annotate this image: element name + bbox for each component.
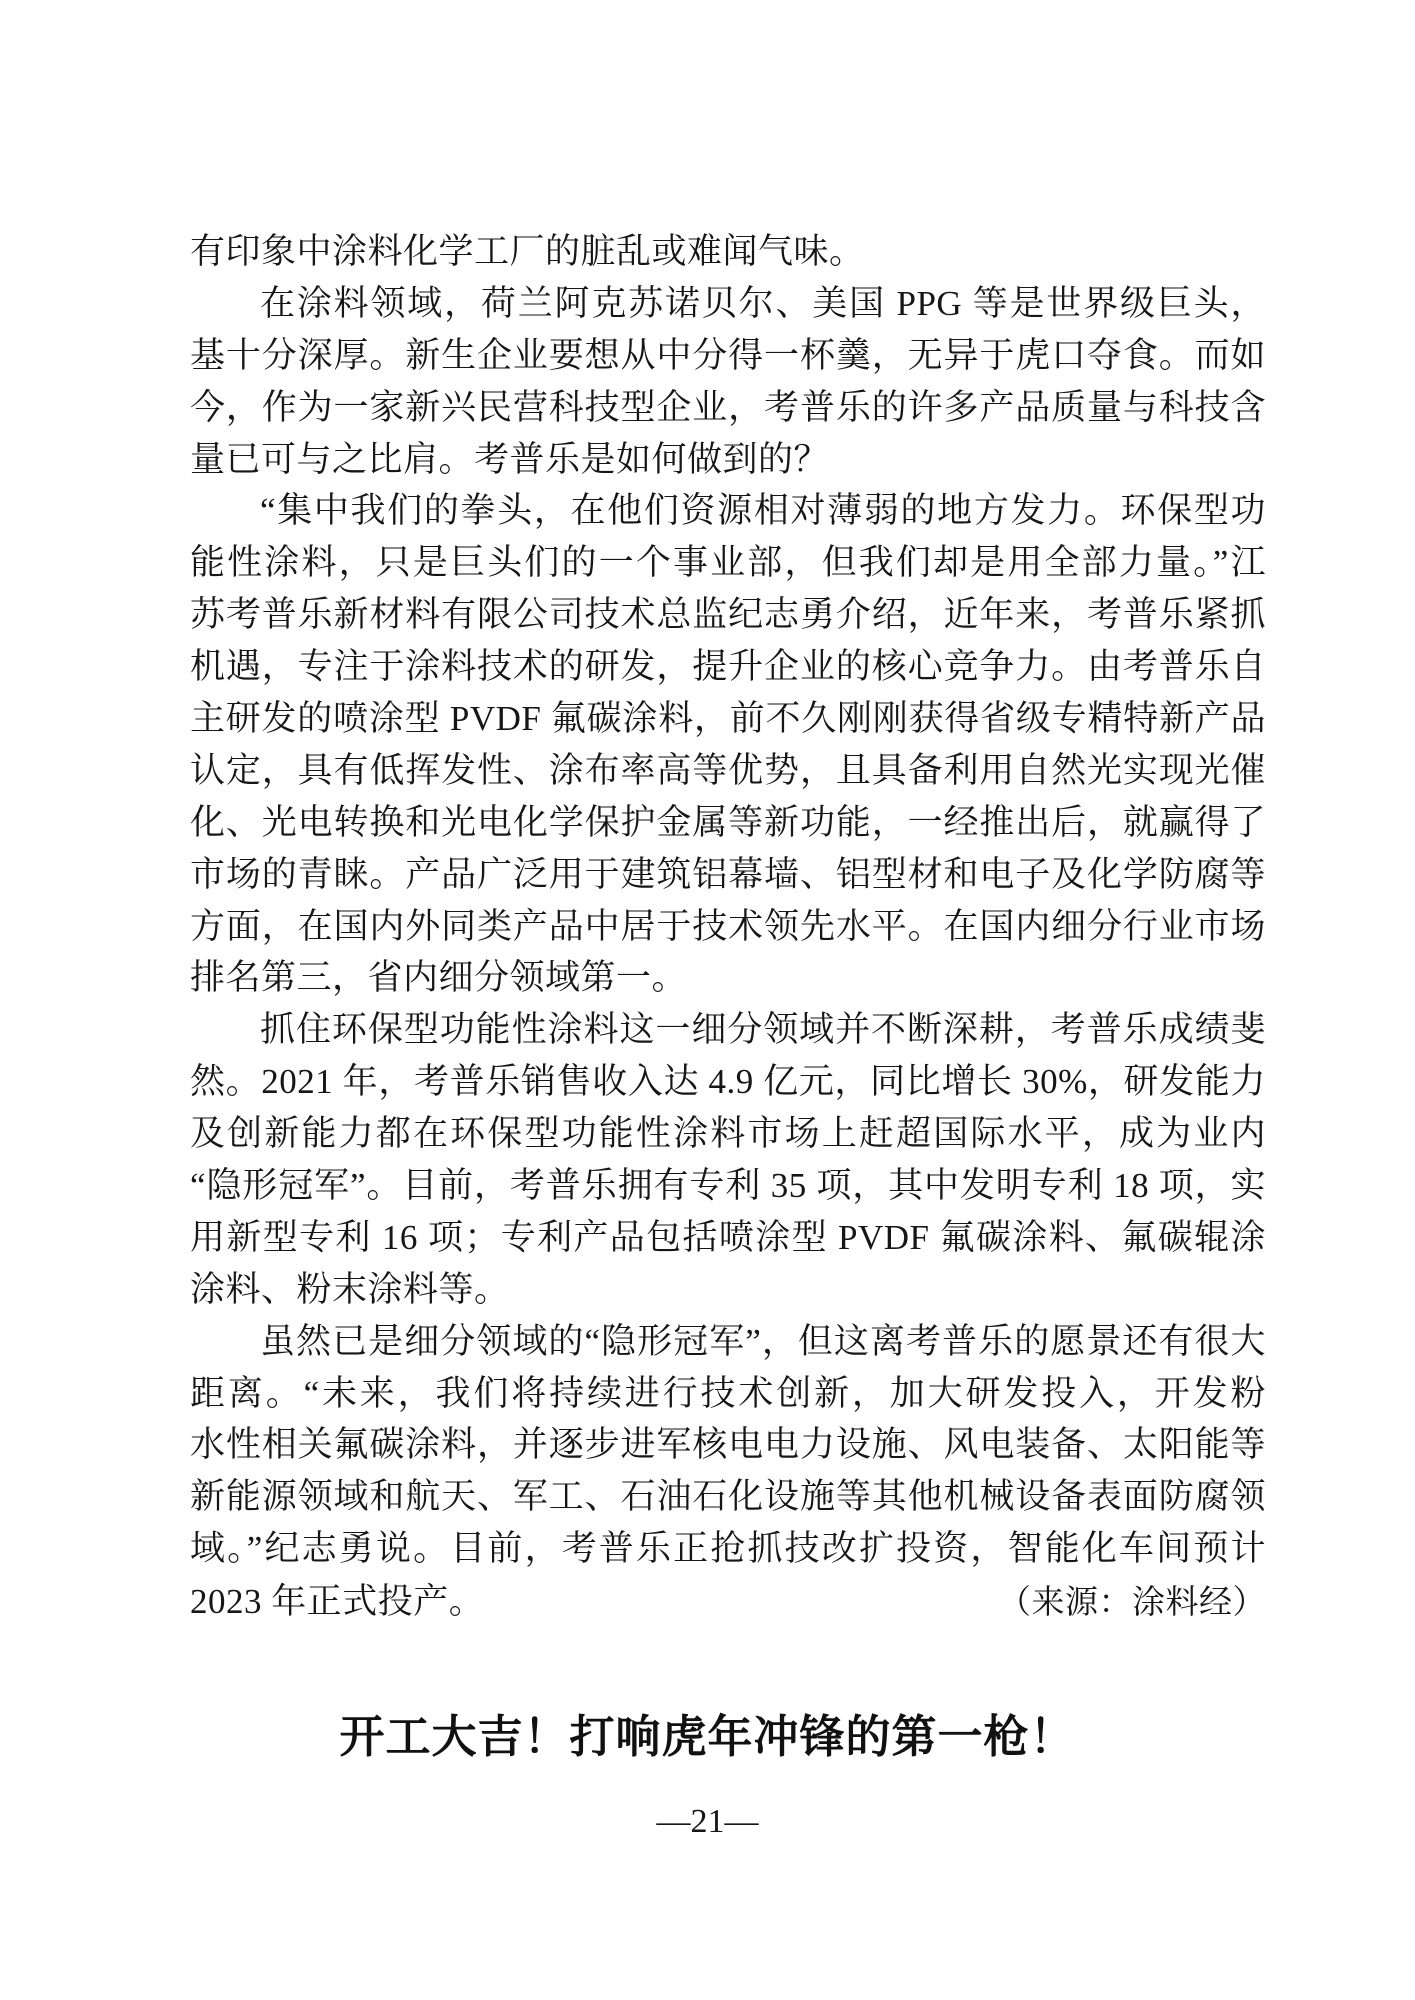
body-text-line: 能性涂料，只是巨头们的一个事业部，但我们却是用全部力量。”江 [190,537,1266,589]
body-text-line: 及创新能力都在环保型功能性涂料市场上赶超国际水平，成为业内 [190,1108,1266,1160]
body-text-line: 然。2021 年，考普乐销售收入达 4.9 亿元，同比增长 30%，研发能力 [190,1056,1266,1108]
body-text-line: 有印象中涂料化学工厂的脏乱或难闻气味。 [190,226,1266,278]
article-body: 有印象中涂料化学工厂的脏乱或难闻气味。在涂料领域，荷兰阿克苏诺贝尔、美国 PPG… [190,226,1266,1575]
body-text-line: 距离。“未来，我们将持续进行技术创新，加大研发投入，开发粉末、 [190,1368,1266,1420]
body-text-line: 化、光电转换和光电化学保护金属等新功能，一经推出后，就赢得了 [190,797,1266,849]
body-text-line: 抓住环保型功能性涂料这一细分领域并不断深耕，考普乐成绩斐 [190,1004,1266,1056]
body-text-line: 水性相关氟碳涂料，并逐步进军核电电力设施、风电装备、太阳能等 [190,1419,1266,1471]
page-number: —21— [0,1803,1415,1841]
body-text-line: 认定，具有低挥发性、涂布率高等优势，且具备利用自然光实现光催 [190,745,1266,797]
body-text-line: 虽然已是细分领域的“隐形冠军”，但这离考普乐的愿景还有很大 [190,1316,1266,1368]
body-text-line: 新能源领域和航天、军工、石油石化设施等其他机械设备表面防腐领 [190,1471,1266,1523]
body-text-line: 量已可与之比肩。考普乐是如何做到的？ [190,434,1266,486]
body-text-line: 机遇，专注于涂料技术的研发，提升企业的核心竞争力。由考普乐自 [190,641,1266,693]
body-text-line: 市场的青睐。产品广泛用于建筑铝幕墙、铝型材和电子及化学防腐等 [190,849,1266,901]
body-text-line: “隐形冠军”。目前，考普乐拥有专利 35 项，其中发明专利 18 项，实 [190,1160,1266,1212]
body-text-line: 方面，在国内外同类产品中居于技术领先水平。在国内细分行业市场 [190,901,1266,953]
body-text-line: 苏考普乐新材料有限公司技术总监纪志勇介绍，近年来，考普乐紧抓 [190,589,1266,641]
next-article-heading: 开工大吉！打响虎年冲锋的第一枪！ [0,1700,1415,1765]
source-attribution: （来源：涂料经） [998,1578,1266,1630]
body-text-line: 主研发的喷涂型 PVDF 氟碳涂料，前不久刚刚获得省级专精特新产品 [190,693,1266,745]
body-text-line: 用新型专利 16 项；专利产品包括喷涂型 PVDF 氟碳涂料、氟碳辊涂 [190,1212,1266,1264]
body-text-line: 涂料、粉末涂料等。 [190,1264,1266,1316]
body-text-line: 在涂料领域，荷兰阿克苏诺贝尔、美国 PPG 等是世界级巨头，根 [190,278,1266,330]
body-text-line: 基十分深厚。新生企业要想从中分得一杯羹，无异于虎口夺食。而如 [190,330,1266,382]
body-text-line: 域。”纪志勇说。目前，考普乐正抢抓技改扩投资，智能化车间预计 [190,1523,1266,1575]
body-text-line: 今，作为一家新兴民营科技型企业，考普乐的许多产品质量与科技含 [190,382,1266,434]
closing-line-row: 2023 年正式投产。 （来源：涂料经） [190,1576,1266,1628]
body-text-line: “集中我们的拳头，在他们资源相对薄弱的地方发力。环保型功 [190,485,1266,537]
body-text-line: 排名第三，省内细分领域第一。 [190,952,1266,1004]
document-page: 有印象中涂料化学工厂的脏乱或难闻气味。在涂料领域，荷兰阿克苏诺贝尔、美国 PPG… [0,0,1415,2000]
closing-text: 2023 年正式投产。 [190,1576,484,1628]
